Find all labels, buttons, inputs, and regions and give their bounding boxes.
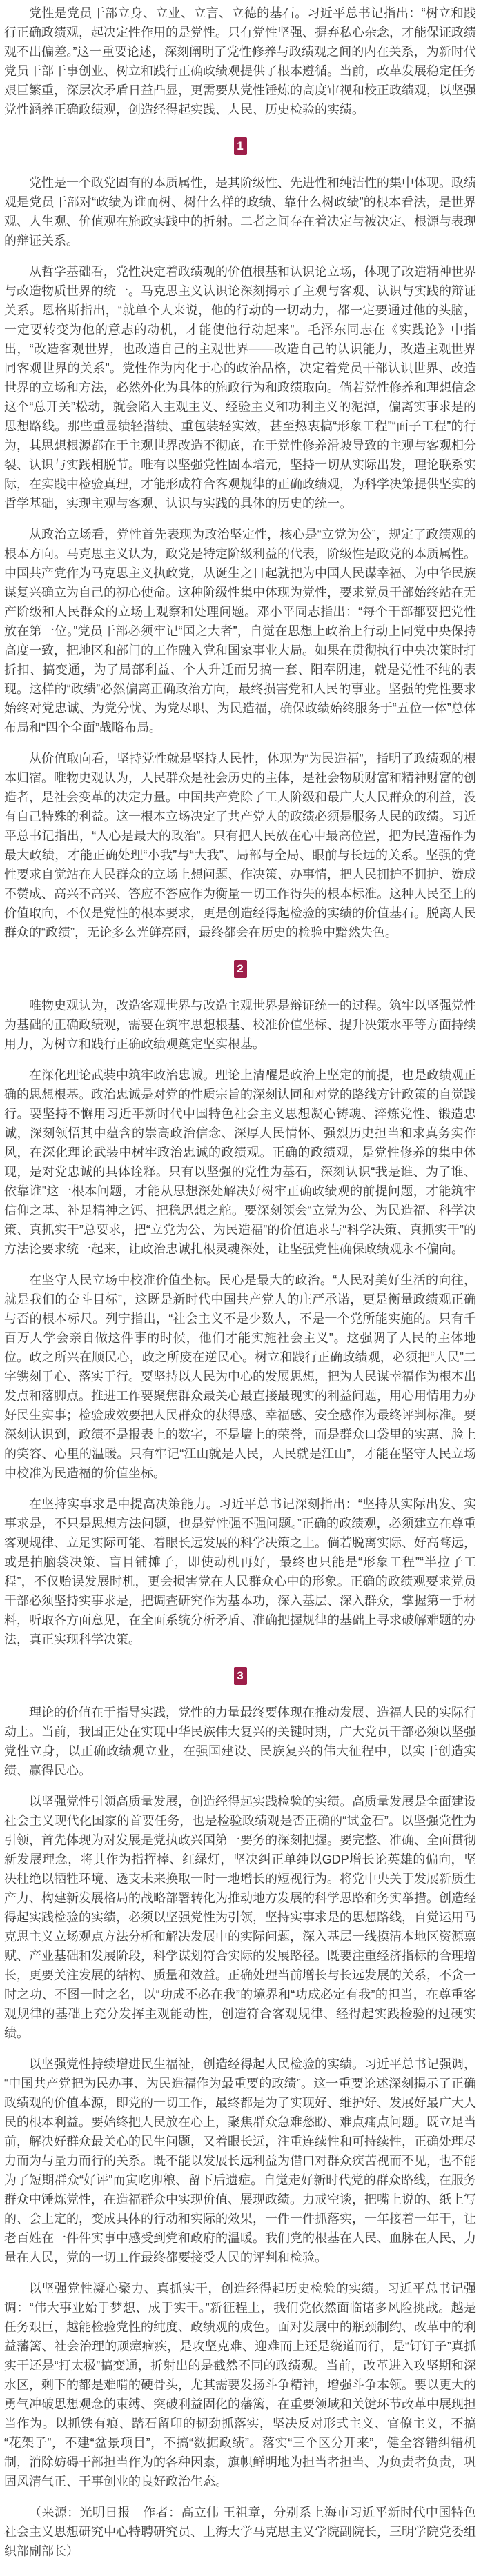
paragraph-political-stance: 从政治立场看，党性首先表现为政治坚定性，核心是“立党为公”，规定了政绩观的根本方…: [4, 525, 476, 737]
paragraph-value-orientation: 从价值取向看，坚持党性就是坚持人民性，体现为“为民造福”，指明了政绩观的根本归宿…: [4, 749, 476, 942]
paragraph-philosophical-basis: 从哲学基础看，党性决定着政绩观的价值根基和认识论立场，体现了改造精神世界与改造物…: [4, 262, 476, 513]
intro-paragraph: 党性是党员干部立身、立业、立言、立德的基石。习近平总书记指出：“树立和践行正确政…: [4, 3, 476, 119]
source-attribution: （来源：光明日报 作者：高立伟 王祖章，分别系上海市习近平新时代中国特色社会主义…: [4, 2503, 476, 2561]
paragraph-people-welfare: 以坚强党性持续增进民生福祉，创造经得起人民检验的实绩。习近平总书记强调，“中国共…: [4, 2055, 476, 2267]
section-2-number-badge: 2: [234, 960, 247, 978]
paragraph-high-quality-development: 以坚强党性引领高质量发展，创造经得起实践检验的实绩。高质量发展是全面建设社会主义…: [4, 1792, 476, 2043]
paragraph-people-position: 在坚守人民立场中校准价值坐标。民心是最大的政治。“人民对美好生活的向往，就是我们…: [4, 1270, 476, 1483]
article-body: 党性是党员干部立身、立业、立言、立德的基石。习近平总书记指出：“树立和践行正确政…: [0, 0, 481, 2576]
section-3-number-badge: 3: [234, 1667, 247, 1685]
paragraph-historical-test: 以坚强党性凝心聚力、真抓实干，创造经得起历史检验的实绩。习近平总书记强调：“伟大…: [4, 2279, 476, 2491]
paragraph-theory-guides-practice: 理论的价值在于指导实践，党性的力量最终要体现在推动发展、造福人民的实际行动上。当…: [4, 1703, 476, 1780]
paragraph-party-nature-definition: 党性是一个政党固有的本质属性，是其阶级性、先进性和纯洁性的集中体现。政绩观是党员…: [4, 173, 476, 250]
paragraph-materialist-view: 唯物史观认为，改造客观世界与改造主观世界是辩证统一的过程。筑牢以坚强党性为基础的…: [4, 996, 476, 1054]
section-1-number-badge: 1: [234, 137, 247, 155]
paragraph-seek-truth-decision: 在坚持实事求是中提高决策能力。习近平总书记深刻指出：“坚持从实际出发、实事求是，…: [4, 1495, 476, 1649]
paragraph-theoretical-arming: 在深化理论武装中筑牢政治忠诚。理论上清醒是政治上坚定的前提，也是政绩观正确的思想…: [4, 1066, 476, 1259]
